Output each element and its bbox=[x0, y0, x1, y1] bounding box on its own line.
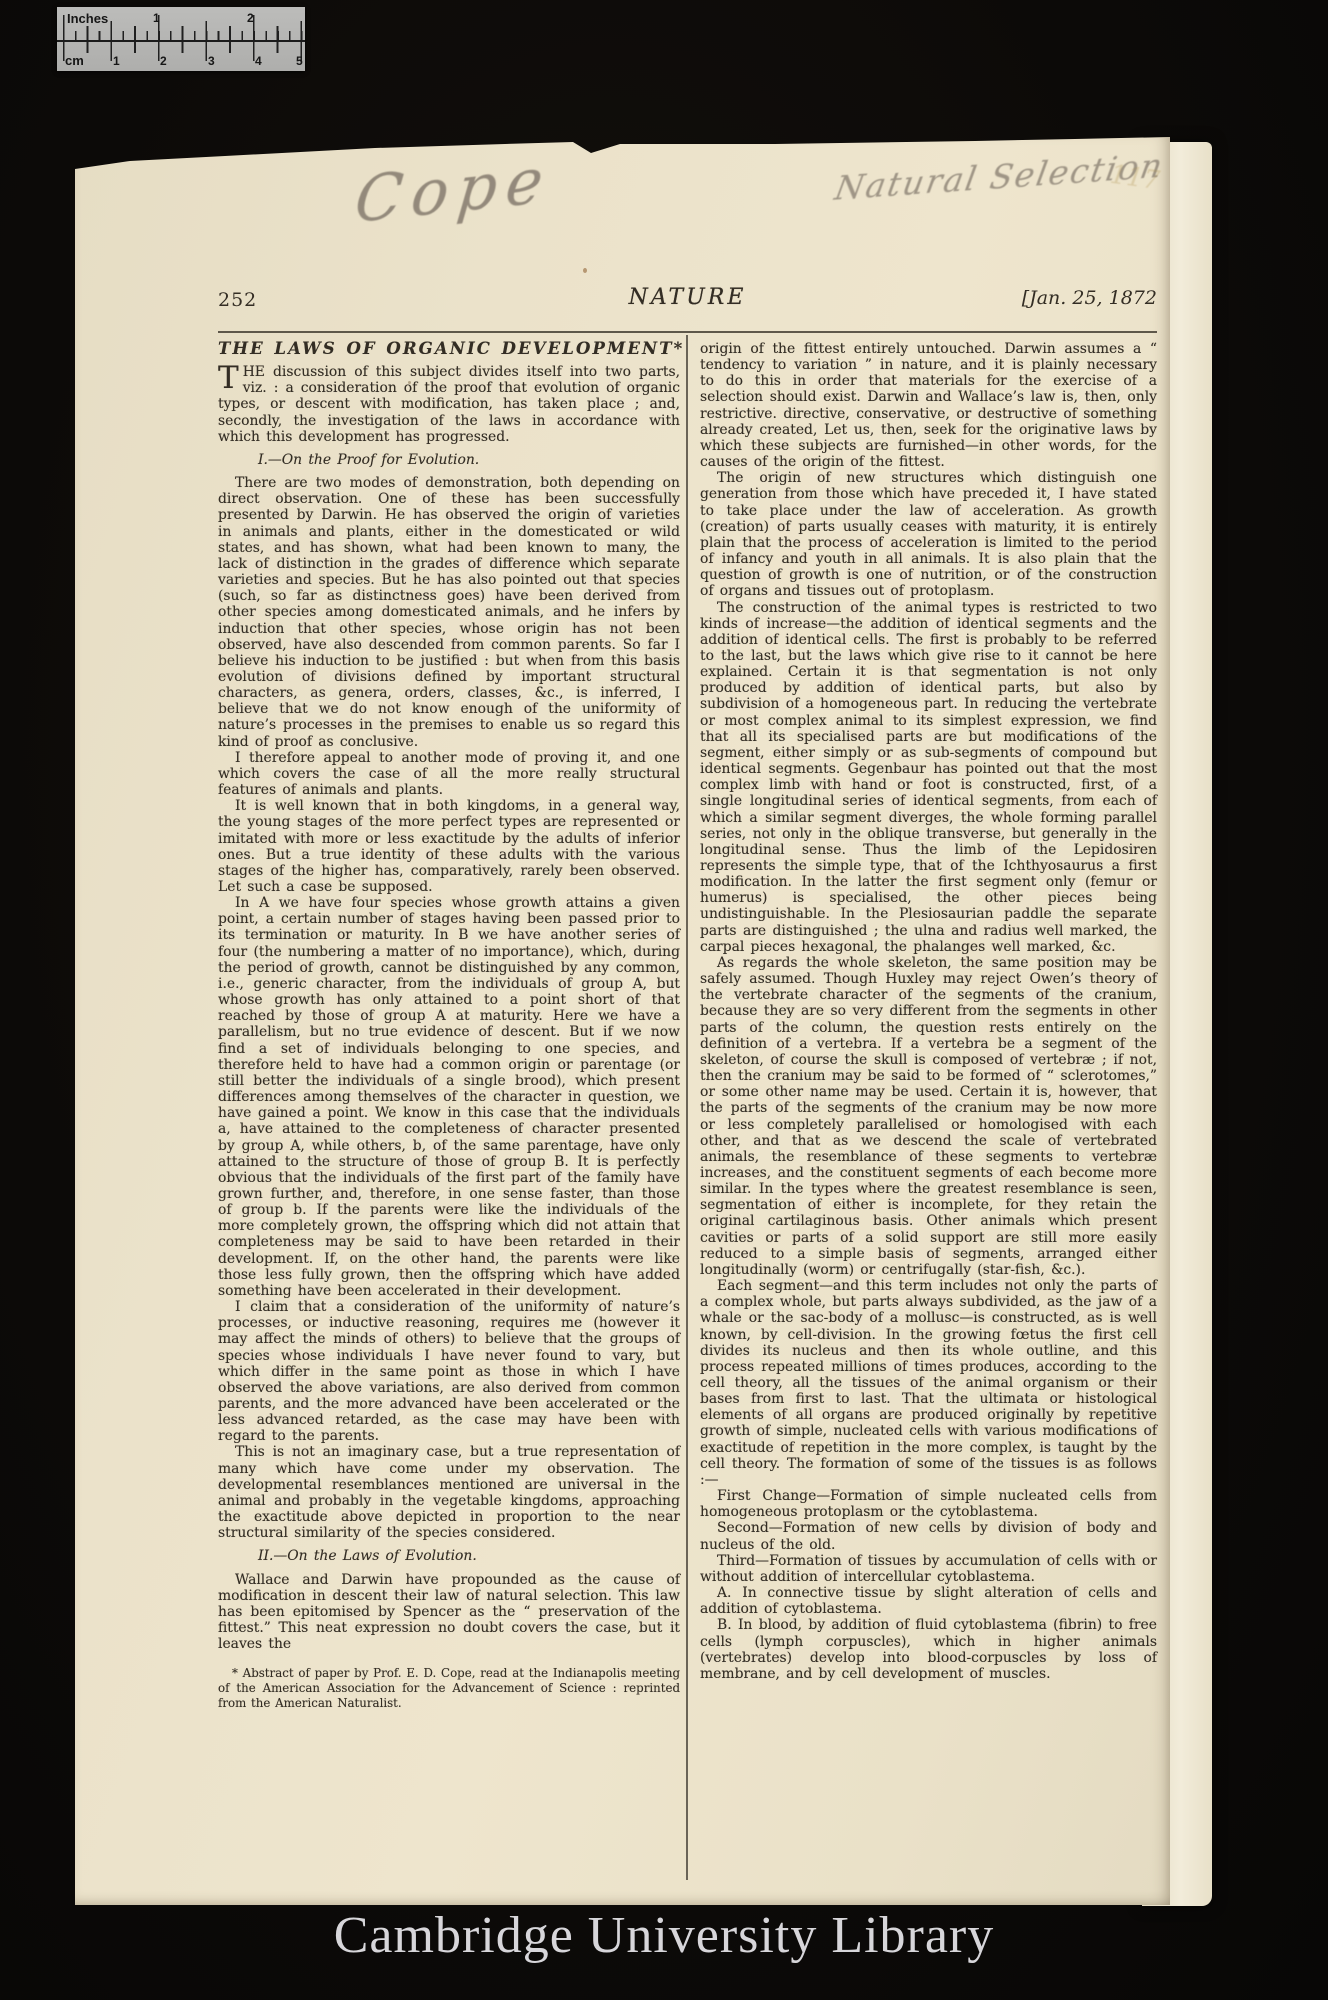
ruler-cm-number: 3 bbox=[208, 54, 215, 68]
handwritten-annotation-cope: Cope bbox=[352, 142, 556, 237]
paragraph: There are two modes of demonstration, bo… bbox=[218, 475, 680, 750]
paper-speck bbox=[583, 268, 587, 273]
ruler-inch-number: 2 bbox=[247, 11, 254, 25]
paragraph: As regards the whole skeleton, the same … bbox=[700, 955, 1157, 1278]
paragraph: Second—Formation of new cells by divisio… bbox=[700, 1520, 1157, 1552]
column-divider bbox=[686, 335, 688, 1880]
paragraph: It is well known that in both kingdoms, … bbox=[218, 798, 680, 895]
paragraph: In A we have four species whose growth a… bbox=[218, 895, 680, 1299]
paragraph: A. In connective tissue by slight altera… bbox=[700, 1585, 1157, 1617]
library-watermark: Cambridge University Library bbox=[0, 1906, 1328, 1965]
article-title: THE LAWS OF ORGANIC DEVELOPMENT* bbox=[218, 341, 680, 357]
journal-title: NATURE bbox=[218, 285, 1157, 310]
paragraph-text: HE discussion of this subject divides it… bbox=[218, 364, 680, 445]
issue-date: [Jan. 25, 1872 bbox=[1022, 287, 1157, 309]
paragraph: Each segment—and this term includes not … bbox=[700, 1278, 1157, 1488]
paragraph: B. In blood, by addition of fluid cytobl… bbox=[700, 1617, 1157, 1682]
running-head: 252 NATURE [Jan. 25, 1872 bbox=[218, 285, 1157, 315]
drop-cap: T bbox=[218, 364, 243, 392]
ruler-inch-number: 1 bbox=[153, 11, 160, 25]
section-heading-2: II.—On the Laws of Evolution. bbox=[218, 1548, 680, 1564]
ruler: Inches 1 2 cm 1 2 3 4 5 bbox=[57, 7, 305, 71]
header-rule bbox=[218, 331, 1157, 333]
right-column: origin of the fittest entirely untouched… bbox=[700, 341, 1157, 1682]
ruler-cm-number: 5 bbox=[296, 54, 303, 68]
section-heading-1: I.—On the Proof for Evolution. bbox=[218, 452, 680, 468]
paragraph: The origin of new structures which disti… bbox=[700, 470, 1157, 599]
paragraph: origin of the fittest entirely untouched… bbox=[700, 341, 1157, 470]
footnote: * Abstract of paper by Prof. E. D. Cope,… bbox=[218, 1666, 680, 1710]
handwritten-corner-mark: 117 bbox=[1108, 160, 1161, 197]
ruler-cm-number: 4 bbox=[255, 54, 262, 68]
ruler-cm-number: 1 bbox=[113, 54, 120, 68]
paragraph: I therefore appeal to another mode of pr… bbox=[218, 750, 680, 798]
paragraph: I claim that a consideration of the unif… bbox=[218, 1299, 680, 1444]
paragraph: Third—Formation of tissues by accumulati… bbox=[700, 1553, 1157, 1585]
paragraph: The construction of the animal types is … bbox=[700, 600, 1157, 955]
ruler-tick-strip bbox=[63, 42, 305, 61]
left-column: THE LAWS OF ORGANIC DEVELOPMENT* THE dis… bbox=[218, 341, 680, 1722]
paragraph: This is not an imaginary case, but a tru… bbox=[218, 1444, 680, 1541]
ruler-inches-label: Inches bbox=[67, 11, 108, 26]
paragraph: First Change—Formation of simple nucleat… bbox=[700, 1488, 1157, 1520]
ruler-cm-number: 2 bbox=[160, 54, 167, 68]
journal-page: Cope Natural Selection 117 252 NATURE [J… bbox=[75, 135, 1170, 1905]
paragraph-lead: THE discussion of this subject divides i… bbox=[218, 364, 680, 445]
paragraph: Wallace and Darwin have propounded as th… bbox=[218, 1572, 680, 1653]
ruler-cm-label: cm bbox=[65, 53, 84, 68]
scan-background: Inches 1 2 cm 1 2 3 4 5 Cope Natural Sel… bbox=[0, 0, 1328, 2000]
